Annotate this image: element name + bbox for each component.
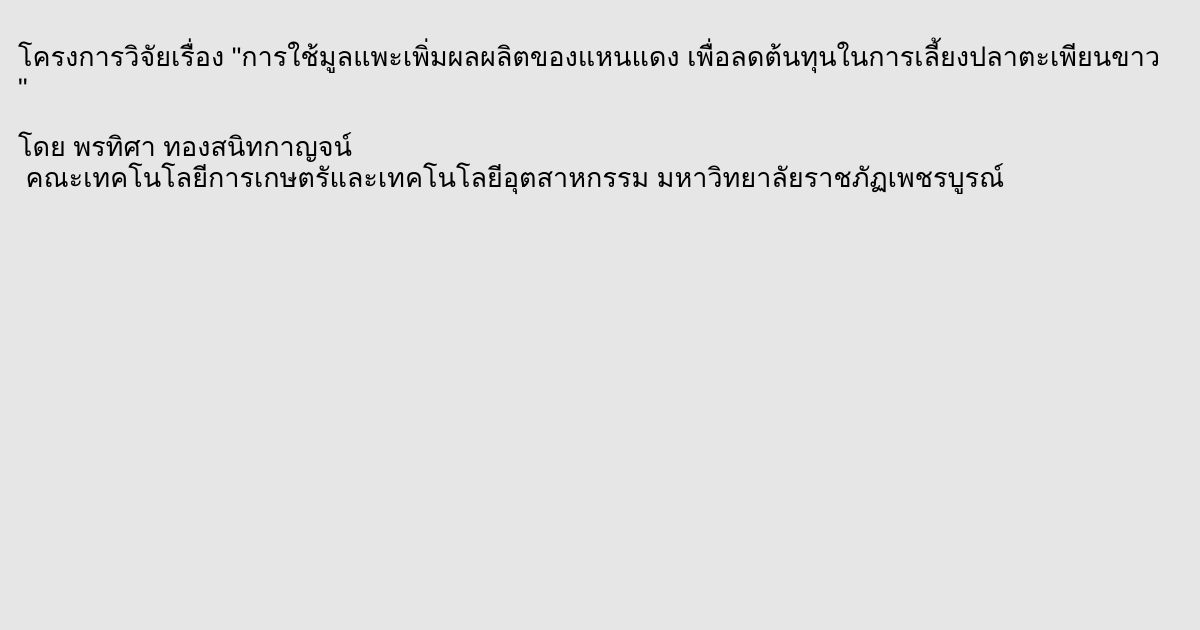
research-title-closing-quote: " <box>18 73 28 103</box>
author-byline: โดย พรทิศา ทองสนิทกาญจน์ <box>18 132 352 162</box>
credits: โดย พรทิศา ทองสนิทกาญจน์ คณะเทคโนโลยีการ… <box>18 132 1192 194</box>
research-title-line-1: โครงการวิจัยเรื่อง "การใช้มูลแพะเพิ่มผลผ… <box>18 42 1160 72</box>
research-title: โครงการวิจัยเรื่อง "การใช้มูลแพะเพิ่มผลผ… <box>18 42 1192 104</box>
page-background: โครงการวิจัยเรื่อง "การใช้มูลแพะเพิ่มผลผ… <box>0 0 1200 630</box>
document-text-block: โครงการวิจัยเรื่อง "การใช้มูลแพะเพิ่มผลผ… <box>18 42 1192 194</box>
affiliation-line: คณะเทคโนโลยีการเกษตรัและเทคโนโลยีอุตสาหก… <box>18 163 1004 193</box>
